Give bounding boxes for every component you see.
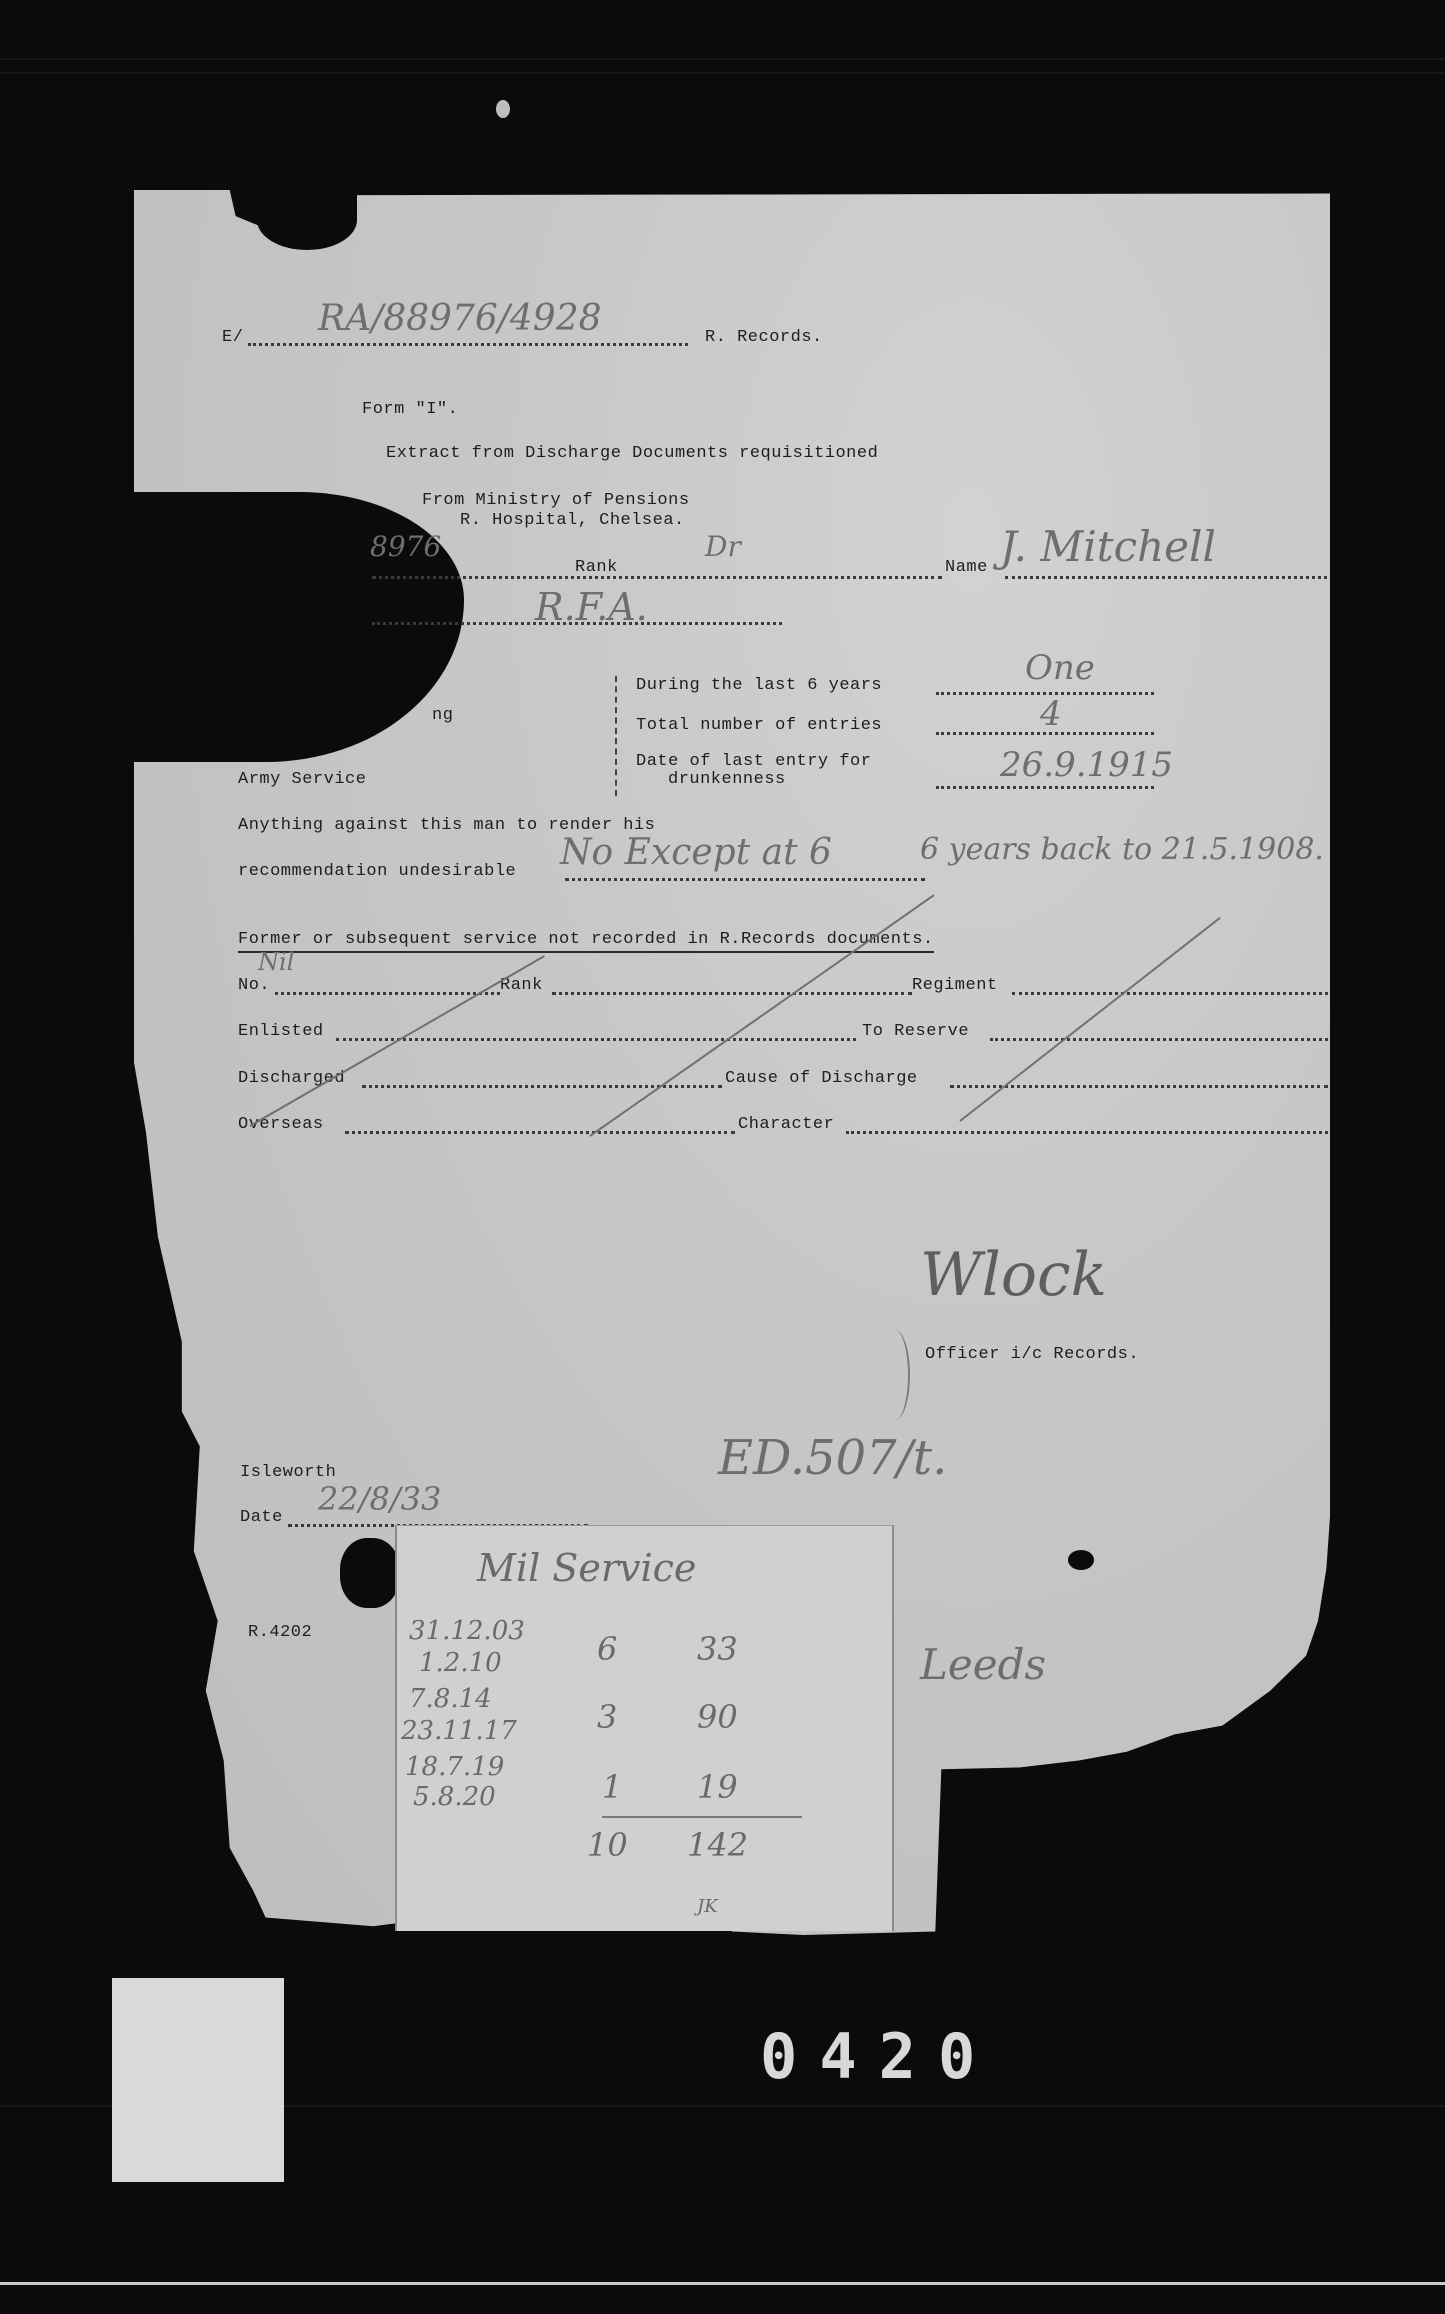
- dotted-line: [362, 1085, 722, 1088]
- form-label: Form "I".: [362, 400, 458, 419]
- anything-against-label-2: recommendation undesirable: [238, 862, 516, 881]
- former-no-label: No.: [238, 976, 270, 995]
- header-prefix: E/: [222, 328, 243, 347]
- dotted-line: [936, 786, 1154, 789]
- former-character-label: Character: [738, 1115, 834, 1134]
- brace: [615, 676, 617, 796]
- drunk-last-6-years-value: One: [1025, 648, 1095, 688]
- slip-period-1-from: 31.12.03: [409, 1616, 525, 1646]
- army-service-label: Army Service: [238, 770, 366, 789]
- film-dust-speck: [496, 100, 510, 118]
- anything-against-value: No Except at 6: [560, 832, 832, 873]
- leeds-annotation: Leeds: [920, 1640, 1046, 1689]
- paper-hole: [1068, 1550, 1094, 1570]
- slip-period-3-to: 5.8.20: [413, 1782, 496, 1812]
- dotted-line: [336, 1038, 856, 1041]
- signature-bracket: [880, 1330, 910, 1420]
- source-line-1: From Ministry of Pensions: [422, 491, 690, 510]
- slip-period-2-to: 23.11.17: [401, 1716, 517, 1746]
- name-label: Name: [945, 558, 988, 577]
- dotted-line: [372, 576, 942, 579]
- slip-period-1-days: 33: [697, 1630, 738, 1668]
- dotted-line: [990, 1038, 1328, 1041]
- slip-period-3-from: 18.7.19: [405, 1752, 504, 1782]
- dotted-line: [846, 1131, 1328, 1134]
- paper-tear: [257, 190, 357, 250]
- reference-number: RA/88976/4928: [318, 298, 602, 339]
- name-value: J. Mitchell: [1000, 522, 1216, 571]
- source-line-2: R. Hospital, Chelsea.: [460, 511, 685, 530]
- date-label: Date: [240, 1508, 283, 1527]
- slip-total-years: 10: [587, 1826, 628, 1864]
- drunk-total-entries-value: 4: [1040, 694, 1062, 734]
- former-cause-label: Cause of Discharge: [725, 1069, 918, 1088]
- former-no-value: Nil: [258, 948, 294, 976]
- dotted-line: [1005, 576, 1327, 579]
- dotted-line: [565, 878, 925, 881]
- number-fragment: 8976: [370, 530, 441, 563]
- paper-hole: [340, 1538, 400, 1608]
- ed-annotation: ED.507/t.: [718, 1430, 947, 1486]
- drunkenness-left-fragment: ng: [432, 706, 453, 725]
- slip-sum-line: [602, 1816, 802, 1818]
- dotted-line: [275, 992, 500, 995]
- form-code: R.4202: [248, 1623, 312, 1642]
- dotted-line: [248, 343, 688, 346]
- slip-period-1-to: 1.2.10: [419, 1648, 502, 1678]
- drunk-last-entry-label: Date of last entry for: [636, 752, 871, 771]
- officer-title: Officer i/c Records.: [925, 1345, 1139, 1364]
- date-value: 22/8/33: [318, 1480, 441, 1518]
- slip-period-2-from: 7.8.14: [409, 1684, 492, 1714]
- form-title: Extract from Discharge Documents requisi…: [386, 444, 878, 463]
- dotted-line: [1012, 992, 1328, 995]
- film-streak: [0, 72, 1445, 74]
- records-label: R. Records.: [705, 328, 823, 347]
- rank-label: Rank: [575, 558, 618, 577]
- slip-period-2-days: 90: [697, 1698, 738, 1736]
- former-regiment-label: Regiment: [912, 976, 998, 995]
- frame-number: 0420: [760, 2020, 997, 2093]
- slip-period-3-years: 1: [602, 1768, 622, 1806]
- slip-total-days: 142: [687, 1826, 748, 1864]
- film-edge-line: [0, 2282, 1445, 2285]
- drunk-total-entries-label: Total number of entries: [636, 716, 882, 735]
- film-streak: [0, 58, 1445, 60]
- slip-period-1-years: 6: [597, 1630, 617, 1668]
- drunk-last-entry-label-2: drunkenness: [668, 770, 786, 789]
- drunk-last-6-years-label: During the last 6 years: [636, 676, 882, 695]
- film-index-card: [112, 1978, 284, 2182]
- mil-service-slip: Mil Service 31.12.03 1.2.10 6 33 7.8.14 …: [395, 1525, 894, 1931]
- rank-value: Dr: [705, 530, 741, 563]
- drunk-last-entry-value: 26.9.1915: [1000, 745, 1173, 785]
- slip-title: Mil Service: [477, 1546, 696, 1590]
- dotted-line: [345, 1131, 735, 1134]
- anything-against-note: 6 years back to 21.5.1908.: [920, 832, 1324, 867]
- slip-period-2-years: 3: [597, 1698, 617, 1736]
- former-service-heading: Former or subsequent service not recorde…: [238, 930, 934, 953]
- former-enlisted-label: Enlisted: [238, 1022, 324, 1041]
- officer-signature: Wlock: [920, 1240, 1107, 1310]
- slip-initials: JK: [697, 1896, 718, 1917]
- slip-period-3-days: 19: [697, 1768, 738, 1806]
- former-to-reserve-label: To Reserve: [862, 1022, 969, 1041]
- dotted-line: [372, 622, 782, 625]
- dotted-line: [552, 992, 912, 995]
